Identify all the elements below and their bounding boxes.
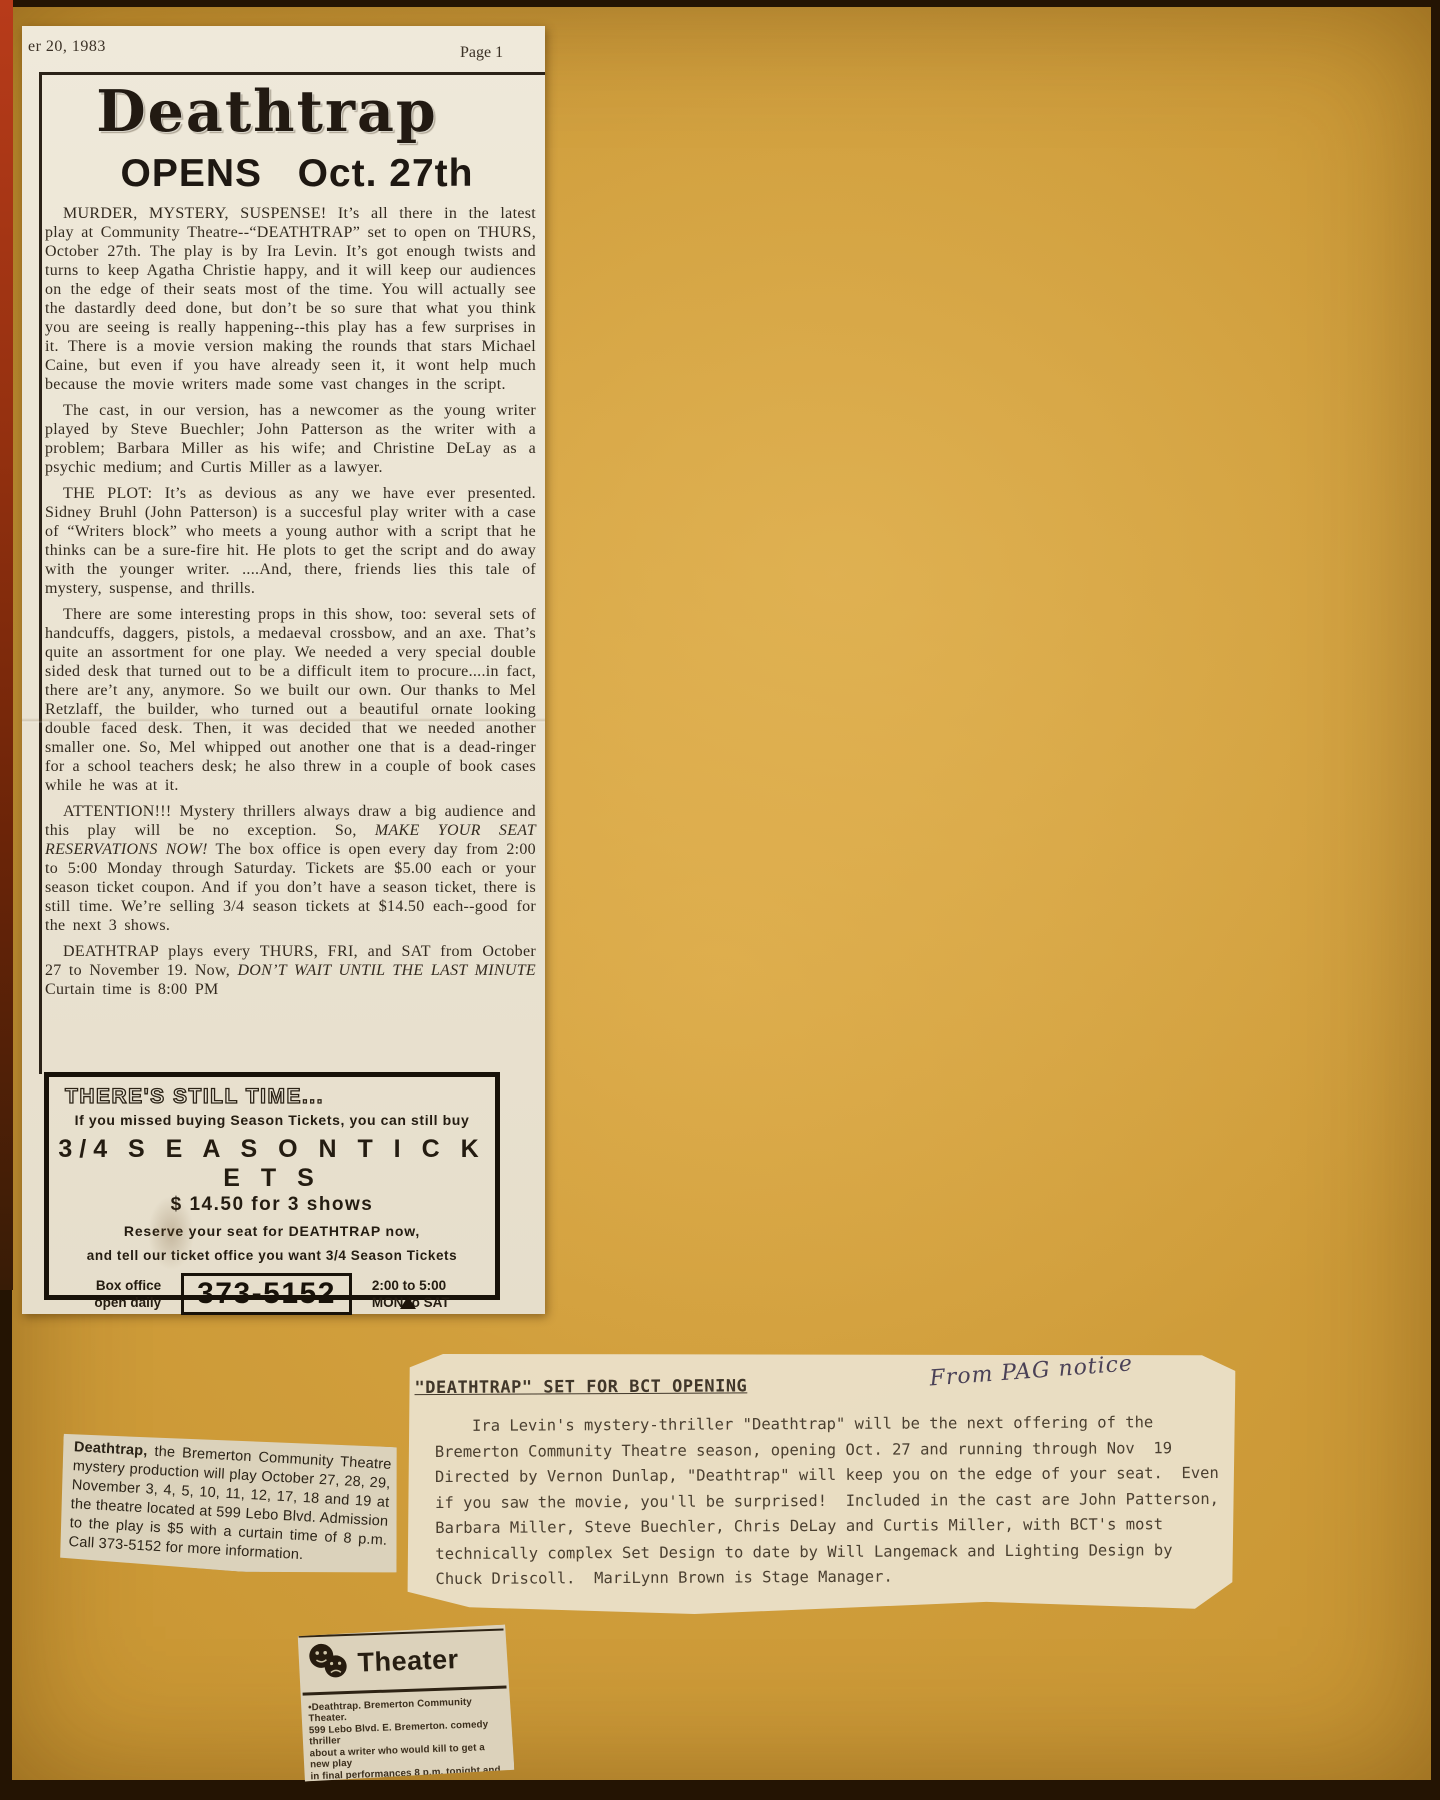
article-paragraph: DEATHTRAP plays every THURS, FRI, and SA… xyxy=(45,942,536,999)
typed-clipping-body: Ira Levin's mystery-thriller "Deathtrap"… xyxy=(435,1410,1220,1593)
newsletter-date: er 20, 1983 xyxy=(28,38,106,56)
newsletter-clipping: er 20, 1983 Page 1 Deathtrap OPENS Oct. … xyxy=(22,26,545,1314)
article-paragraph: The cast, in our version, has a newcomer… xyxy=(45,401,536,477)
comedy-tragedy-masks-icon xyxy=(306,1642,351,1687)
article-paragraph: ATTENTION!!! Mystery thrillers always dr… xyxy=(45,802,536,935)
theater-fine-print: •Deathtrap. Bremerton Community Theater.… xyxy=(298,1688,516,1800)
scrapbook-page-photo: er 20, 1983 Page 1 Deathtrap OPENS Oct. … xyxy=(0,0,1440,1800)
ad-price-line: $ 14.50 for 3 shows xyxy=(49,1194,495,1216)
ad-box-office-hours-label: Box office open daily xyxy=(94,1277,161,1311)
article-paragraph: THE PLOT: It’s as devious as any we have… xyxy=(45,484,536,598)
handwritten-note: From PAG notice xyxy=(929,1351,1134,1391)
newsletter-top-rule xyxy=(39,72,545,75)
ad-title: THERE'S STILL TIME... xyxy=(65,1085,495,1109)
theater-section-title: Theater xyxy=(357,1644,459,1679)
ad-subtitle: If you missed buying Season Tickets, you… xyxy=(49,1112,495,1128)
article-paragraph: MURDER, MYSTERY, SUSPENSE! It’s all ther… xyxy=(45,204,536,394)
phone-number-box: 373-5152 xyxy=(181,1273,352,1315)
ad-reserve-line: Reserve your seat for DEATHTRAP now, xyxy=(49,1223,495,1239)
article-paragraph: There are some interesting props in this… xyxy=(45,605,536,795)
newsletter-page-number: Page 1 xyxy=(460,44,503,62)
ad-season-tickets-line: 3/4 S E A S O N T I C K E T S xyxy=(49,1135,495,1193)
newsletter-left-rule xyxy=(39,72,42,1074)
listing-clipping: Deathtrap, the Bremerton Community Theat… xyxy=(57,1429,404,1581)
newsletter-article-body: MURDER, MYSTERY, SUSPENSE! It’s all ther… xyxy=(45,204,536,1006)
theater-section-clipping: Theater •Deathtrap. Bremerton Community … xyxy=(295,1624,514,1781)
ad-bottom-row: Box office open daily 373-5152 2:00 to 5… xyxy=(49,1273,495,1315)
ad-instruction-line: and tell our ticket office you want 3/4 … xyxy=(49,1248,495,1263)
ink-mark xyxy=(400,1296,416,1309)
newsletter-subheadline: OPENS Oct. 27th xyxy=(82,152,512,196)
photo-edge-left xyxy=(0,0,13,1290)
newsletter-headline: Deathtrap xyxy=(67,78,467,145)
paper-stain xyxy=(148,1196,194,1270)
typed-clipping: "DEATHTRAP" SET FOR BCT OPENING From PAG… xyxy=(401,1350,1236,1618)
typed-clipping-title: "DEATHTRAP" SET FOR BCT OPENING xyxy=(414,1376,747,1398)
season-tickets-ad-box: THERE'S STILL TIME... If you missed buyi… xyxy=(44,1072,500,1300)
